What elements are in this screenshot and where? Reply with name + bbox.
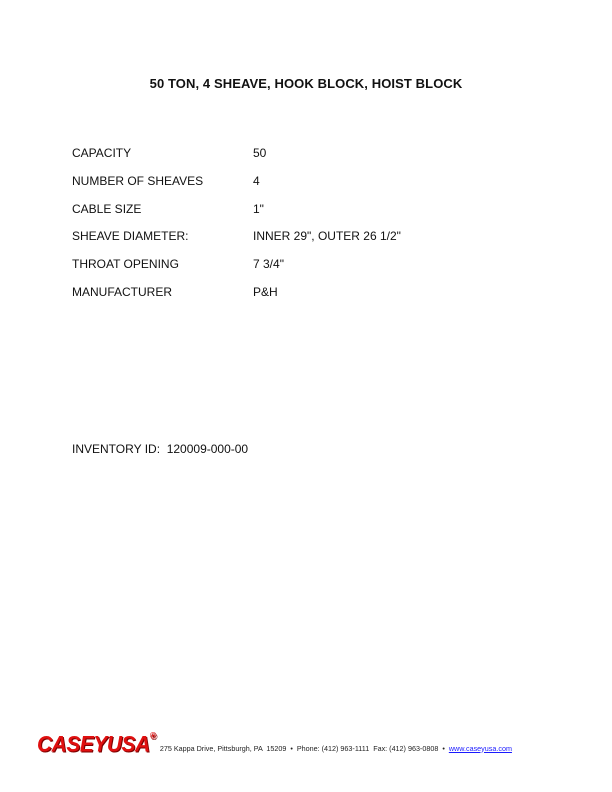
spec-label: CAPACITY <box>72 146 131 160</box>
footer: CASEYUSA® 275 Kappa Drive, Pittsburgh, P… <box>37 733 512 757</box>
spec-value: INNER 29", OUTER 26 1/2" <box>253 229 401 243</box>
footer-contact: 275 Kappa Drive, Pittsburgh, PA 15209 • … <box>160 744 512 753</box>
inventory-id: INVENTORY ID: 120009-000-00 <box>72 442 248 456</box>
spec-value: 4 <box>253 174 260 188</box>
company-logo: CASEYUSA® <box>37 732 156 757</box>
spec-value: 1" <box>253 202 264 216</box>
spec-label: NUMBER OF SHEAVES <box>72 174 203 188</box>
spec-value: P&H <box>253 285 278 299</box>
website-link[interactable]: www.caseyusa.com <box>449 744 512 753</box>
logo-text: CASEYUSA <box>37 732 150 756</box>
registered-mark: ® <box>150 730 156 741</box>
document-title: 50 TON, 4 SHEAVE, HOOK BLOCK, HOIST BLOC… <box>0 76 612 91</box>
spec-value: 50 <box>253 146 266 160</box>
spec-label: SHEAVE DIAMETER: <box>72 229 188 243</box>
spec-label: THROAT OPENING <box>72 257 179 271</box>
spec-value: 7 3/4" <box>253 257 284 271</box>
spec-label: CABLE SIZE <box>72 202 141 216</box>
spec-label: MANUFACTURER <box>72 285 172 299</box>
footer-address: 275 Kappa Drive, Pittsburgh, PA 15209 • … <box>160 744 449 753</box>
